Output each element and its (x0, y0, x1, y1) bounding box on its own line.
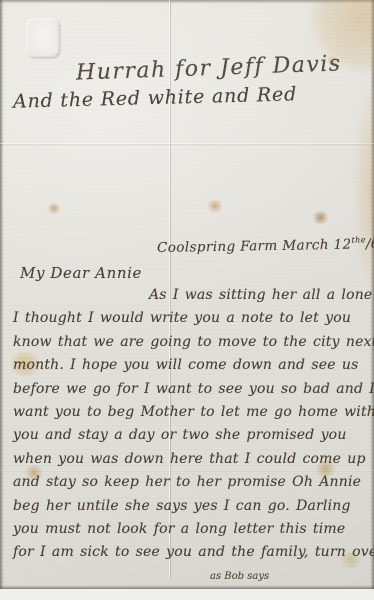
body-line: month. I hope you will come down and see… (13, 357, 370, 380)
body-line: I thought I would write you a note to le… (13, 310, 370, 333)
body-line: you must not look for a long letter this… (13, 521, 370, 544)
body-line: want you to beg Mother to let me go home… (13, 404, 370, 427)
dateline-year: /62 (366, 236, 374, 252)
dateline-superscript: the (351, 235, 365, 244)
stain (47, 203, 61, 214)
body-line: and stay so keep her to her promise Oh A… (13, 474, 370, 497)
body-line: for I am sick to see you and the family,… (13, 544, 370, 567)
header-line-1: Hurrah for Jeff Davis (76, 51, 342, 85)
header-line-2: And the Red white and Red (13, 83, 298, 112)
interline-note: as Bob says (210, 571, 269, 582)
stain (352, 80, 374, 300)
letter-paper: Hurrah for Jeff Davis And the Red white … (0, 0, 374, 589)
embossed-seal-icon (26, 18, 60, 58)
salutation: My Dear Annie (20, 264, 142, 282)
body-line: As I was sitting her all a lone (13, 287, 370, 310)
stain (207, 199, 223, 213)
body-line: beg her untile she says yes I can go. Da… (13, 498, 370, 521)
body-line: you and stay a day or two she promised y… (13, 427, 370, 450)
stain (312, 211, 329, 224)
body-line: know that we are going to move to the ci… (13, 334, 370, 357)
body-line: when you was down here that I could come… (13, 451, 370, 474)
dateline-date: March 12 (282, 237, 352, 254)
dateline-place: Coolspring Farm (157, 238, 278, 256)
letter-body: As I was sitting her all a loneI thought… (13, 287, 370, 568)
body-line: before we go for I want to see you so ba… (13, 381, 370, 404)
dateline: Coolspring Farm March 12the/62 (157, 235, 374, 256)
letter-photo: Hurrah for Jeff Davis And the Red white … (0, 0, 374, 600)
horizontal-fold-crease (0, 143, 374, 146)
